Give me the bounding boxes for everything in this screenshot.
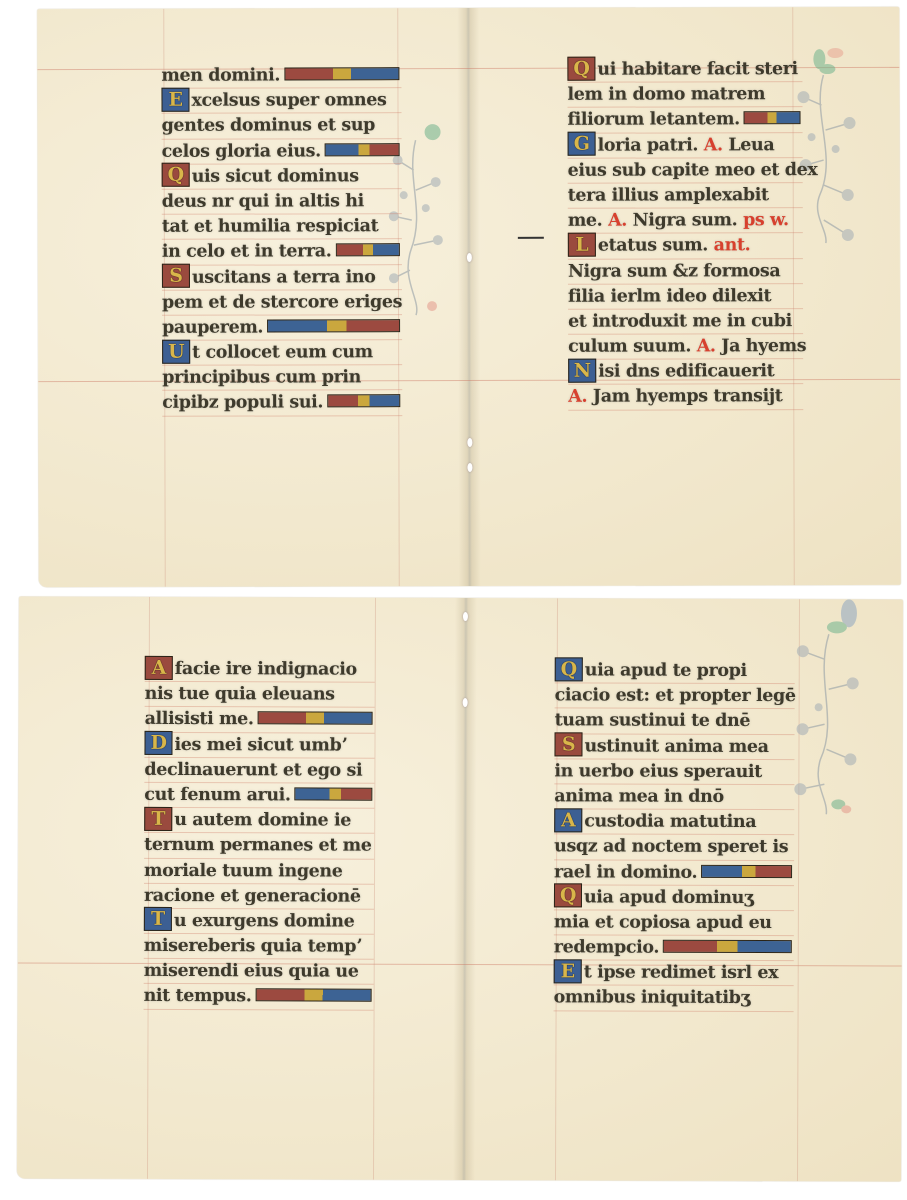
line-filler-bar <box>701 864 792 877</box>
initial-letter: T <box>151 808 165 830</box>
text-line: redempcio. <box>554 935 794 961</box>
line-text: ui habitare facit steri <box>597 59 797 80</box>
text-line: pem et de stercore eriges <box>162 290 402 316</box>
illuminated-initial: T <box>144 807 172 831</box>
line-text: mia et copiosa apud eu <box>554 912 772 933</box>
text-line: principibus cum prin <box>162 365 402 391</box>
illuminated-initial: G <box>568 132 596 156</box>
line-text: moriale tuum ingene <box>144 860 342 881</box>
text-line: A. Jam hyemps transijt <box>568 385 803 411</box>
line-text: pem et de stercore eriges <box>162 292 402 313</box>
line-text: t ipse redimet isrl ex <box>584 963 779 984</box>
sewing-hole <box>467 438 472 447</box>
line-text-continued: Leua <box>728 135 774 155</box>
line-text: principibus cum prin <box>162 368 361 389</box>
line-text: uis sicut dominus <box>192 166 359 186</box>
line-text: custodia matutina <box>584 812 756 833</box>
text-line: rael in domino. <box>554 860 794 886</box>
line-text: omnibus iniquitatibʒ <box>554 988 750 1009</box>
illuminated-initial: A <box>145 655 173 679</box>
line-text: tera illius amplexabit <box>568 185 769 206</box>
line-filler-bar <box>663 940 792 953</box>
text-line: Suscitans a terra ino <box>162 265 402 291</box>
rubric-text: ant. <box>714 236 751 256</box>
text-line: Tu exurgens domine <box>144 909 374 935</box>
line-text-continued: Nigra sum. <box>633 210 738 230</box>
line-text: declinauerunt et ego si <box>144 760 362 781</box>
line-text-continued: Ja hyems <box>721 336 806 356</box>
text-line: deus nr qui in altis hi <box>162 189 402 215</box>
text-line: lem in domo matrem <box>567 82 802 108</box>
rubric-text: A. <box>608 211 627 231</box>
text-line: usqz ad noctem speret is <box>554 835 794 861</box>
illuminated-initial: Q <box>162 163 190 187</box>
line-text: uia apud dominuʒ <box>584 887 754 908</box>
illuminated-initial: E <box>161 87 189 111</box>
line-text: in celo et in terra. <box>162 242 332 262</box>
line-text: Jam hyemps transijt <box>593 387 783 407</box>
line-text: tat et humilia respiciat <box>162 216 379 237</box>
text-line: nit tempus. <box>144 984 374 1010</box>
line-text: ies mei sicut umbʼ <box>174 735 347 756</box>
text-column-left: Afacie ire indignacionis tue quia eleuan… <box>144 657 375 1010</box>
text-line: et introduxit me in cubi <box>568 309 803 335</box>
text-line: Excelsus super omnes <box>161 88 401 114</box>
initial-letter: E <box>561 960 575 982</box>
gutter-fold <box>453 598 477 1180</box>
text-line: ciacio est: et propter legē <box>555 684 795 710</box>
line-text: nis tue quia eleuans <box>145 684 335 705</box>
line-text: miserendi eius quia ue <box>144 961 359 982</box>
text-line: cipibz populi sui. <box>162 391 402 417</box>
text-line: celos gloria eius. <box>162 139 402 165</box>
initial-letter: N <box>574 359 591 381</box>
text-line: culum suum. A. Ja hyems <box>568 334 803 360</box>
line-text: ternum permanes et me <box>144 835 371 856</box>
text-line: men domini. <box>161 63 401 89</box>
text-line: mia et copiosa apud eu <box>554 910 794 936</box>
line-text: racione et generacionē <box>144 886 361 907</box>
text-line: nis tue quia eleuans <box>145 682 375 708</box>
sewing-hole <box>467 253 472 262</box>
line-text: loria patri. <box>598 135 699 155</box>
line-text: et introduxit me in cubi <box>568 311 792 332</box>
line-filler-bar <box>744 112 801 125</box>
line-text: rael in domino. <box>554 862 697 882</box>
line-text: filia ierlm ideo dilexit <box>568 286 771 307</box>
line-text: men domini. <box>161 65 280 85</box>
line-text: allisisti me. <box>145 709 254 729</box>
sewing-hole <box>463 698 468 707</box>
line-text: isi dns edificauerit <box>598 361 774 381</box>
illuminated-initial: N <box>568 358 596 382</box>
text-line: declinauerunt et ego si <box>144 758 374 784</box>
line-text: nit tempus. <box>144 986 252 1006</box>
line-filler-bar <box>284 67 399 80</box>
illuminated-initial: D <box>144 731 172 755</box>
text-line: in uerbo eius sperauit <box>554 759 794 785</box>
line-text: pauperem. <box>162 317 263 337</box>
floral-border-spray-icon <box>788 599 879 819</box>
line-text: t collocet eum cum <box>192 342 373 362</box>
line-text: ustinuit anima mea <box>584 736 768 757</box>
text-line: omnibus iniquitatibʒ <box>554 986 794 1012</box>
initial-letter: U <box>168 340 184 362</box>
text-line: filiorum letantem. <box>568 108 803 134</box>
illuminated-initial: A <box>554 808 582 832</box>
text-line: Quia apud dominuʒ <box>554 885 794 911</box>
line-text: tuam sustinui te dnē <box>555 711 751 732</box>
line-text: anima mea in dnō <box>554 786 724 807</box>
rubric-text: A. <box>697 336 716 356</box>
text-line: tera illius amplexabit <box>568 183 803 209</box>
illuminated-initial: Q <box>555 657 583 681</box>
manuscript-sheet-top: men domini.Excelsus super omnesgentes do… <box>37 7 901 587</box>
initial-letter: L <box>575 233 588 255</box>
line-text: filiorum letantem. <box>568 110 740 130</box>
line-filler-bar <box>335 243 399 256</box>
text-line: Gloria patri. A. Leua <box>568 133 803 159</box>
text-line: pauperem. <box>162 315 402 341</box>
text-line: tuam sustinui te dnē <box>555 709 795 735</box>
illuminated-initial: S <box>554 732 582 756</box>
text-line: in celo et in terra. <box>162 239 402 265</box>
pen-mark <box>518 237 544 239</box>
line-text: u exurgens domine <box>174 911 355 932</box>
line-text: misereberis quia tempʼ <box>144 936 362 957</box>
line-text: cipibz populi sui. <box>162 393 323 413</box>
initial-letter: Q <box>561 658 577 680</box>
line-filler-bar <box>327 395 400 408</box>
text-line: Letatus sum. ant. <box>568 233 803 259</box>
text-line: anima mea in dnō <box>554 784 794 810</box>
text-line: ternum permanes et me <box>144 833 374 859</box>
text-line: misereberis quia tempʼ <box>144 934 374 960</box>
text-line: Et ipse redimet isrl ex <box>554 961 794 987</box>
line-filler-bar <box>255 989 371 1002</box>
line-text: etatus sum. <box>598 236 708 256</box>
illuminated-initial: Q <box>567 56 595 80</box>
line-text: cut fenum arui. <box>144 785 290 806</box>
text-line: Nigra sum &z formosa <box>568 259 803 285</box>
initial-letter: G <box>574 133 590 155</box>
line-text: uscitans a terra ino <box>192 267 376 287</box>
line-filler-bar <box>325 143 400 156</box>
text-line: Sustinuit anima mea <box>554 734 794 760</box>
line-text: usqz ad noctem speret is <box>554 837 788 858</box>
illuminated-initial: E <box>554 959 582 983</box>
text-column-right: Qui habitare facit sterilem in domo matr… <box>567 57 803 410</box>
line-text: celos gloria eius. <box>162 141 321 161</box>
text-column-left: men domini.Excelsus super omnesgentes do… <box>161 63 402 416</box>
illuminated-initial: L <box>568 232 596 256</box>
line-text: Nigra sum &z formosa <box>568 261 780 282</box>
initial-letter: E <box>168 88 182 110</box>
illuminated-initial: U <box>162 339 190 363</box>
initial-letter: D <box>150 732 166 754</box>
initial-letter: T <box>151 908 165 930</box>
text-line: Dies mei sicut umbʼ <box>144 732 374 758</box>
sewing-hole <box>467 463 472 472</box>
line-text: uia apud te propi <box>585 660 747 681</box>
initial-letter: S <box>169 265 182 287</box>
initial-letter: Q <box>168 164 184 186</box>
text-line: miserendi eius quia ue <box>144 959 374 985</box>
initial-letter: Q <box>560 885 576 907</box>
line-text: redempcio. <box>554 937 659 957</box>
line-text: ciacio est: et propter legē <box>555 686 796 707</box>
line-text: culum suum. <box>568 336 691 356</box>
line-filler-bar <box>258 712 373 725</box>
line-text: u autem domine ie <box>174 810 351 831</box>
text-line: filia ierlm ideo dilexit <box>568 284 803 310</box>
rubric-text: ps w. <box>743 210 789 230</box>
rubric-text: A. <box>568 387 587 407</box>
rubric-text: A. <box>704 135 723 155</box>
line-text: deus nr qui in altis hi <box>162 191 364 212</box>
text-line: Nisi dns edificauerit <box>568 359 803 385</box>
text-column-right: Quia apud te propiciacio est: et propter… <box>554 658 795 1011</box>
text-line: Afacie ire indignacio <box>145 657 375 683</box>
text-line: moriale tuum ingene <box>144 858 374 884</box>
illuminated-initial: Q <box>554 884 582 908</box>
gutter-fold <box>457 8 481 586</box>
manuscript-sheet-bottom: Afacie ire indignacionis tue quia eleuan… <box>17 596 903 1181</box>
text-line: Tu autem domine ie <box>144 808 374 834</box>
floral-border-spray-icon <box>797 45 878 245</box>
line-text: facie ire indignacio <box>175 659 357 680</box>
text-line: Quis sicut dominus <box>162 164 402 190</box>
initial-letter: Q <box>573 57 589 79</box>
text-line: Ut collocet eum cum <box>162 340 402 366</box>
text-line: gentes dominus et sup <box>162 114 402 140</box>
text-line: me. A. Nigra sum. ps w. <box>568 208 803 234</box>
text-line: Acustodia matutina <box>554 809 794 835</box>
text-line: cut fenum arui. <box>144 783 374 809</box>
text-line: Quia apud te propi <box>555 658 795 684</box>
line-text: me. <box>568 211 603 231</box>
text-line: allisisti me. <box>145 707 375 733</box>
illuminated-initial: S <box>162 264 190 288</box>
initial-letter: A <box>152 656 166 678</box>
text-line: Qui habitare facit steri <box>567 57 802 83</box>
sewing-hole <box>463 612 468 621</box>
initial-letter: S <box>562 733 575 755</box>
text-line: racione et generacionē <box>144 884 374 910</box>
initial-letter: A <box>561 809 575 831</box>
line-text: in uerbo eius sperauit <box>554 761 762 782</box>
line-text: eius sub capite meo et dex <box>568 160 818 181</box>
line-text: lem in domo matrem <box>567 84 765 105</box>
line-filler-bar <box>295 787 373 800</box>
line-text: gentes dominus et sup <box>162 116 376 137</box>
text-line: eius sub capite meo et dex <box>568 158 803 184</box>
line-filler-bar <box>267 319 400 332</box>
illuminated-initial: T <box>144 907 172 931</box>
line-text: xcelsus super omnes <box>191 90 386 111</box>
text-line: tat et humilia respiciat <box>162 214 402 240</box>
